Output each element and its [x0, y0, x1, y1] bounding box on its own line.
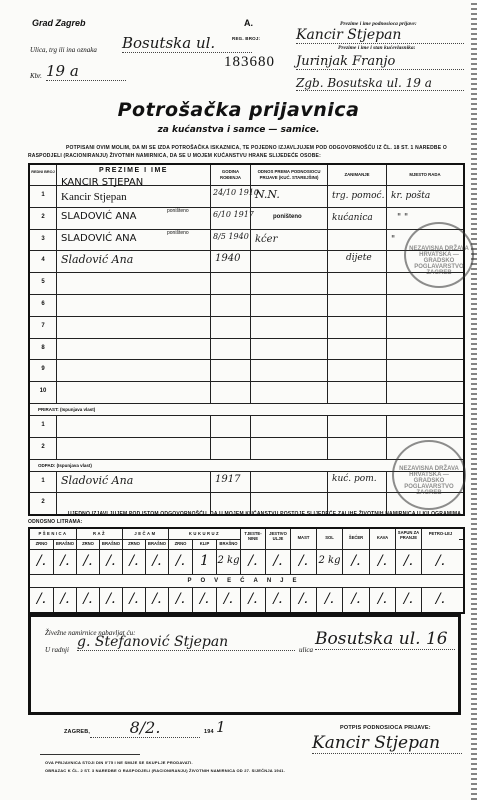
shop-street-label: ulica	[299, 646, 313, 654]
increase-value[interactable]: /.	[369, 588, 395, 612]
stock-value[interactable]: 1	[192, 550, 216, 574]
birth-cell[interactable]: 6/10 1917	[210, 208, 250, 229]
col-pasta: TJESTE-NINE	[240, 529, 265, 549]
declaration-text: POTPISANI OVIM MOLIM, DA MI SE IZDA POTR…	[28, 144, 464, 160]
row-number: 1	[30, 186, 56, 207]
stock-value[interactable]: /.	[99, 550, 122, 574]
increase-value[interactable]: /.	[342, 588, 369, 612]
name-cell[interactable]: SLADOVIĆ ANA poništeno	[56, 230, 210, 251]
row-number: 7	[30, 317, 56, 338]
name-cell[interactable]	[56, 382, 210, 403]
reg-number: 183680	[224, 54, 275, 71]
increase-value[interactable]: /.	[240, 588, 265, 612]
occupation-cell[interactable]	[327, 273, 386, 294]
row-number: 6	[30, 295, 56, 316]
landlord-field[interactable]: Jurinjak Franjo	[296, 54, 464, 70]
name-cell[interactable]	[56, 360, 210, 381]
col-header-birth-year: GODINA ROĐENJA	[210, 165, 250, 185]
footnote-price: OVA PRIJAVNICA STOJI DIN 0'75 I NE SMIJE…	[45, 760, 193, 765]
stock-declaration-text: UJEDNO IZJAVLJUJEM POD ISTOM ODGOVORNOŠĆ…	[28, 510, 464, 526]
col-header-workplace: MJESTO RADA	[386, 165, 463, 185]
row-number: 9	[30, 360, 56, 381]
stock-value[interactable]: /.	[53, 550, 76, 574]
increase-value[interactable]: /.	[30, 588, 53, 612]
signature-field[interactable]: Kancir Stjepan	[312, 733, 462, 754]
name-print: KANCIR STJEPAN	[61, 177, 143, 188]
occupation-cell[interactable]	[327, 230, 386, 251]
stock-value[interactable]: /.	[395, 550, 421, 574]
birth-cell[interactable]	[210, 295, 250, 316]
birth-cell[interactable]: 1940	[210, 251, 250, 272]
col-header-no: REDNI BROJ	[30, 165, 56, 185]
stock-value[interactable]: /.	[265, 550, 290, 574]
relation-cell[interactable]	[250, 317, 327, 338]
table-row: 7	[30, 316, 463, 338]
col-salt: SOL	[316, 529, 342, 549]
stock-value[interactable]: /.	[145, 550, 168, 574]
row-number: 4	[30, 251, 56, 272]
ration-form-page: Grad Zagreb A. Ulica, trg ili ina oznaka…	[0, 0, 477, 800]
house-number-label: Kbr.	[30, 72, 42, 80]
table-row: 9	[30, 359, 463, 381]
sub-col-flour: BRAŠNO	[216, 539, 240, 549]
birth-cell[interactable]: 1917	[210, 472, 250, 493]
place-label: ZAGREB,	[64, 729, 90, 735]
stock-value[interactable]: /.	[240, 550, 265, 574]
workplace-cell[interactable]: kr. pošta	[386, 186, 463, 207]
relation-cell[interactable]	[250, 382, 327, 403]
col-group-barley: JEČAM	[122, 529, 168, 539]
birth-cell[interactable]	[210, 360, 250, 381]
increase-value[interactable]: /.	[76, 588, 99, 612]
shop-name-field[interactable]: g. Stefanović Stjepan	[77, 634, 295, 651]
house-number-field[interactable]: 19 a	[46, 62, 126, 81]
birth-cell[interactable]	[210, 416, 250, 437]
col-petroleum: PETRO-LEJ	[421, 529, 459, 549]
occupation-cell[interactable]	[327, 360, 386, 381]
row-number: 2	[30, 438, 56, 459]
name-cell[interactable]	[56, 317, 210, 338]
increase-value[interactable]: /.	[216, 588, 240, 612]
relation-cell[interactable]	[250, 339, 327, 360]
form-subtitle: za kućanstva i samce — samice.	[0, 125, 477, 135]
stock-value[interactable]: /.	[342, 550, 369, 574]
name-print: SLADOVIĆ ANA	[61, 233, 137, 244]
birth-cell[interactable]	[210, 317, 250, 338]
relation-cell[interactable]	[250, 251, 327, 272]
relation-cell[interactable]	[250, 438, 327, 459]
stock-values-row: /. /. /. /. /. /. /. 1 2 kg /. /. /. 2 k…	[30, 549, 463, 574]
relation-cell[interactable]	[250, 416, 327, 437]
table-row: 6	[30, 294, 463, 316]
stock-table: PŠENICA RAŽ JEČAM KUKURUZ TJESTE-NINE JE…	[28, 527, 465, 614]
name-handwritten: Kancir Stjepan	[61, 191, 127, 203]
name-cell[interactable]	[56, 273, 210, 294]
stock-value[interactable]: 2 kg	[216, 550, 240, 574]
signature-label: POTPIS PODNOSIOCA PRIJAVE:	[340, 725, 431, 731]
applicant-field[interactable]: Kancir Stjepan	[296, 27, 464, 44]
col-group-wheat: PŠENICA	[30, 529, 76, 539]
name-print: SLADOVIĆ ANA	[61, 211, 137, 222]
workplace-cell[interactable]	[386, 339, 463, 360]
table-row: 1 KANCIR STJEPAN Kancir Stjepan 24/10 19…	[30, 185, 463, 207]
sub-col-cob: KLIP	[192, 539, 216, 549]
sub-col-grain: ZRNO	[76, 539, 99, 549]
relation-cell[interactable]: kćer	[250, 230, 327, 251]
birth-cell[interactable]	[210, 273, 250, 294]
increase-value[interactable]: /.	[122, 588, 145, 612]
col-oil: JESTIVO ULJE	[265, 529, 290, 549]
stamp-text: NEZAVISNA DRŽAVA HRVATSKA — GRADSKO POGL…	[406, 246, 472, 276]
occupation-cell[interactable]	[327, 295, 386, 316]
city-label: Grad Zagreb	[32, 18, 86, 28]
relation-cell[interactable]: N.N.	[250, 186, 327, 207]
name-cell[interactable]	[56, 295, 210, 316]
relation-cell[interactable]	[250, 295, 327, 316]
stock-value[interactable]: /.	[76, 550, 99, 574]
sub-col-grain: ZRNO	[168, 539, 192, 549]
occupation-cell[interactable]	[327, 317, 386, 338]
prirast-row: 1	[30, 415, 463, 437]
stock-value[interactable]: /.	[290, 550, 316, 574]
col-group-corn: KUKURUZ	[168, 529, 240, 539]
name-cell[interactable]	[56, 339, 210, 360]
prirast-section-label: PRIRAST: (Ispunjava vlast)	[30, 403, 463, 415]
workplace-cell[interactable]	[386, 317, 463, 338]
year-field[interactable]: 1	[216, 718, 226, 736]
name-cell[interactable]: SLADOVIĆ ANA poništeno	[56, 208, 210, 229]
increase-value[interactable]: /.	[145, 588, 168, 612]
increase-label: POVEĆANJE	[30, 574, 463, 588]
birth-cell[interactable]: 8/5 1940	[210, 230, 250, 251]
relation-cell[interactable]: poništeno	[250, 208, 327, 229]
row-number: 3	[30, 230, 56, 251]
increase-value[interactable]: /.	[168, 588, 192, 612]
sub-col-grain: ZRNO	[122, 539, 145, 549]
col-group-rye: RAŽ	[76, 529, 122, 539]
form-title: Potrošačka prijavnica	[0, 99, 477, 121]
col-soap: SAPUN ZA PRANJE	[395, 529, 421, 549]
col-sugar: ŠEĆER	[342, 529, 369, 549]
birth-cell[interactable]	[210, 438, 250, 459]
birth-cell[interactable]	[210, 382, 250, 403]
occupation-cell[interactable]: trg. pomoć.	[327, 186, 386, 207]
footnote-divider	[40, 754, 140, 755]
row-number: 1	[30, 416, 56, 437]
table-row: 2 SLADOVIĆ ANA poništeno 6/10 1917 poniš…	[30, 207, 463, 229]
occupation-cell[interactable]	[327, 416, 386, 437]
name-cell[interactable]: Sladović Ana	[56, 251, 210, 272]
official-stamp: NEZAVISNA DRŽAVA HRVATSKA — GRADSKO POGL…	[404, 222, 474, 288]
cancelled-stamp: poništeno	[167, 208, 189, 214]
increase-value[interactable]: /.	[421, 588, 459, 612]
relation-cell[interactable]	[250, 360, 327, 381]
birth-cell[interactable]	[210, 339, 250, 360]
increase-values-row: /. /. /. /. /. /. /. /. /. /. /. /. /. /…	[30, 588, 463, 612]
table-row: 8	[30, 338, 463, 360]
row-number: 1	[30, 472, 56, 493]
street-label: Ulica, trg ili ina oznaka	[30, 46, 97, 54]
stock-value[interactable]: /.	[421, 550, 459, 574]
stock-value[interactable]: /.	[369, 550, 395, 574]
relation-cell[interactable]	[250, 472, 327, 493]
increase-value[interactable]: /.	[192, 588, 216, 612]
workplace-cell[interactable]	[386, 360, 463, 381]
year-prefix: 194	[204, 729, 214, 735]
col-coffee: KAVA	[369, 529, 395, 549]
row-number: 2	[30, 208, 56, 229]
sub-col-grain: ZRNO	[30, 539, 53, 549]
sub-col-flour: BRAŠNO	[99, 539, 122, 549]
col-header-relation: ODNOS PREMA PODNOSIOCU PRIJAVE (KUĆ. STA…	[250, 165, 327, 185]
relation-cell[interactable]	[250, 273, 327, 294]
footnote-regulation: OBRAZAC K ČL. 2 ST. 3 NAREDBE O RASPODJE…	[45, 768, 285, 773]
official-stamp: NEZAVISNA DRŽAVA HRVATSKA — GRADSKO POGL…	[392, 440, 466, 510]
occupation-cell[interactable]: kuć. pom.	[327, 472, 386, 493]
occupation-cell[interactable]: dijete	[327, 251, 386, 272]
workplace-cell[interactable]	[386, 295, 463, 316]
workplace-cell[interactable]	[386, 382, 463, 403]
shop-selection-box: Živežne namirnice nabavljat ću: U radnji…	[28, 614, 461, 715]
occupation-cell[interactable]	[327, 438, 386, 459]
stock-value[interactable]: /.	[168, 550, 192, 574]
workplace-cell[interactable]	[386, 416, 463, 437]
sub-col-flour: BRAŠNO	[145, 539, 168, 549]
name-cell[interactable]: KANCIR STJEPAN Kancir Stjepan	[56, 186, 210, 207]
birth-cell[interactable]: 24/10 1910	[210, 186, 250, 207]
stock-value[interactable]: /.	[30, 550, 53, 574]
occupation-cell[interactable]	[327, 339, 386, 360]
name-cell[interactable]: Sladović Ana	[56, 472, 210, 493]
col-header-occupation: ZANIMANJE	[327, 165, 386, 185]
sub-col-flour: BRAŠNO	[53, 539, 76, 549]
row-number: 5	[30, 273, 56, 294]
increase-value[interactable]: /.	[316, 588, 342, 612]
increase-value[interactable]: /.	[99, 588, 122, 612]
row-number: 8	[30, 339, 56, 360]
shop-street-field[interactable]: Bosutska ul. 16	[315, 629, 455, 650]
stock-value[interactable]: /.	[122, 550, 145, 574]
table-row: 5	[30, 272, 463, 294]
table-row: 3 SLADOVIĆ ANA poništeno 8/5 1940 kćer "	[30, 229, 463, 251]
occupation-cell[interactable]: kućanica	[327, 208, 386, 229]
cancelled-stamp: poništeno	[167, 230, 189, 236]
increase-value[interactable]: /.	[53, 588, 76, 612]
increase-value[interactable]: /.	[290, 588, 316, 612]
stamp-text: NEZAVISNA DRŽAVA HRVATSKA — GRADSKO POGL…	[394, 466, 464, 496]
col-lard: MAST	[290, 529, 316, 549]
increase-value[interactable]: /.	[265, 588, 290, 612]
table-row: 10	[30, 381, 463, 403]
increase-value[interactable]: /.	[395, 588, 421, 612]
name-cell[interactable]	[56, 438, 210, 459]
landlord-address-field[interactable]: Zgb. Bosutska ul. 19 a	[296, 76, 464, 91]
reg-label: REG. BROJ:	[232, 36, 260, 41]
form-letter: A.	[244, 18, 253, 28]
date-field[interactable]: 8/2.	[90, 718, 200, 738]
row-number: 10	[30, 382, 56, 403]
shop-label: U radnji	[45, 646, 69, 654]
landlord-label: Prezime i ime i stan kućevlasnika:	[338, 45, 415, 51]
table-row: 4 Sladović Ana 1940 dijete	[30, 250, 463, 272]
occupation-cell[interactable]	[327, 382, 386, 403]
stock-value[interactable]: 2 kg	[316, 550, 342, 574]
name-cell[interactable]	[56, 416, 210, 437]
